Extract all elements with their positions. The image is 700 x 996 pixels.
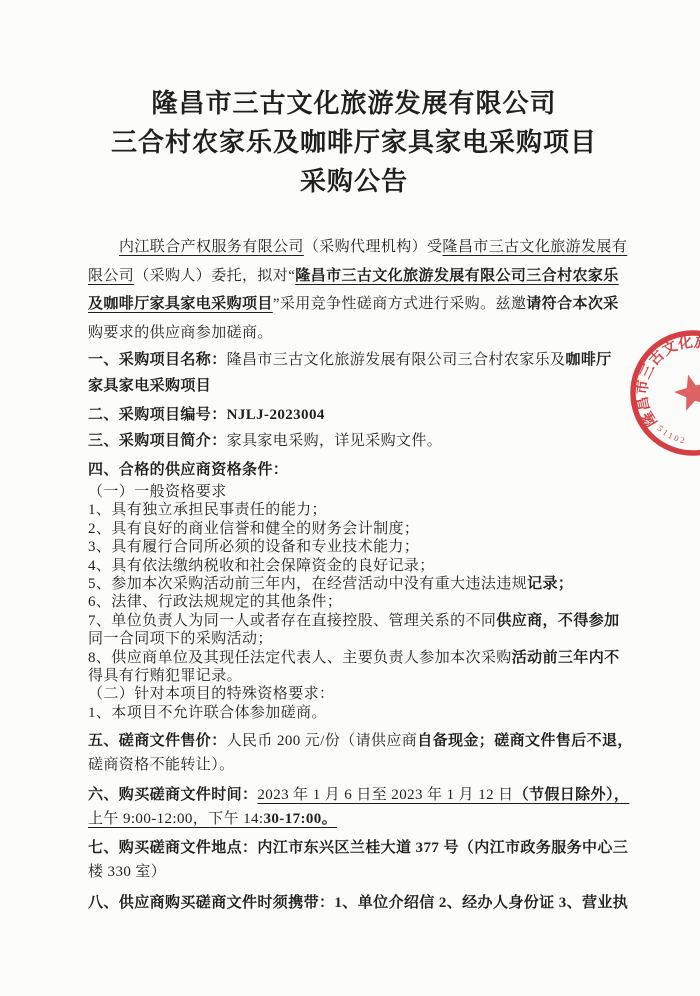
text-segment: 一、采购项目名称： [88,352,227,368]
text-segment: 七、购买磋商文件地点： [88,840,257,856]
text-line: 1、本项目不允许联合体参加磋商。 [88,704,620,722]
text-line: 得具有行贿犯罪记录。 [88,667,620,685]
text-line: 采购公告 [88,162,620,201]
text-line: 家具家电采购项目 [88,373,620,399]
text-segment: 四、合格的供应商资格条件： [88,462,288,478]
text-line: 4、具有依法缴纳税收和社会保障资金的良好记录； [88,557,620,575]
text-segment: 7、单位负责人为同一人或者存在直接控股、管理关系的不同 [88,613,496,629]
section-project-brief: 三、采购项目简介：家具家电采购，详见采购文件。 [88,428,620,454]
text-line: 五、磋商文件售价：人民币 200 元/份（请供应商自备现金；磋商文件售后不退， [88,729,620,753]
text-segment: 内江联合产权服务有限公司 [119,239,304,255]
section-project-number: 二、采购项目编号：NJLJ-2023004 [88,402,620,428]
text-segment: 4、具有依法缴纳税收和社会保障资金的良好记录； [88,558,435,574]
text-segment: 家具家电采购项目 [88,378,211,394]
text-line: 限公司（采购人）委托，拟对“隆昌市三古文化旅游发展有限公司三合村农家乐 [88,262,620,291]
text-line: 3、具有履行合同所必须的设备和专业技术能力； [88,538,620,556]
text-segment: 供应商，不得参加 [496,613,619,629]
text-segment: 六、购买磋商文件时间： [88,787,257,803]
text-line: 2、具有良好的商业信誉和健全的财务会计制度； [88,520,620,538]
text-segment: 8、供应商单位及其现任法定代表人、主要负责人参加本次采购 [88,650,512,666]
text-segment: 1、单位介绍信 2、经办人身份证 3、营业执 [334,895,628,911]
text-segment: 及咖啡厅家具家电采购项目 [88,296,273,312]
text-segment: 八、供应商购买磋商文件时须携带： [88,895,334,911]
text-line: 四、合格的供应商资格条件： [88,457,620,483]
text-segment: 自备现金；磋商文件售后不退， [417,733,633,749]
text-segment: 限公司 [88,268,134,284]
document-body: 隆昌市三古文化旅游发展有限公司三合村农家乐及咖啡厅家具家电采购项目采购公告内江联… [88,84,620,915]
text-segment: （采购人）委托，拟对“ [134,268,295,284]
text-line: 三合村农家乐及咖啡厅家具家电采购项目 [88,123,620,162]
text-segment: （采购代理机构）受 [304,239,443,255]
text-line: 一、采购项目名称：隆昌市三古文化旅游发展有限公司三合村农家乐及咖啡厅 [88,347,620,373]
text-line: 七、购买磋商文件地点：内江市东兴区兰桂大道 377 号（内江市政务服务中心三 [88,836,620,860]
section-qualification-heading: 四、合格的供应商资格条件： [88,457,620,483]
text-line: 三、采购项目简介：家具家电采购，详见采购文件。 [88,428,620,454]
text-segment: 活动前三年内不 [512,650,620,666]
company-seal-stamp: 隆昌市三古文化旅游发展有限公司 51102 [608,308,700,478]
text-line: （一）一般资格要求 [88,483,620,501]
text-line: （二）针对本项目的特殊资格要求： [88,685,620,703]
text-line: 6、法律、行政法规规定的其他条件； [88,593,620,611]
section-project-name: 一、采购项目名称：隆昌市三古文化旅游发展有限公司三合村农家乐及咖啡厅家具家电采购… [88,347,620,399]
text-segment: 1、本项目不允许联合体参加磋商。 [88,705,327,721]
text-segment: （二）针对本项目的特殊资格要求： [88,686,334,702]
text-line: 8、供应商单位及其现任法定代表人、主要负责人参加本次采购活动前三年内不 [88,649,620,667]
text-segment: 内江市东兴区兰桂大道 377 号（内江市政务服务中心三 [257,840,628,856]
section-purchase-location: 七、购买磋商文件地点：内江市东兴区兰桂大道 377 号（内江市政务服务中心三楼 … [88,836,620,884]
seal-star [671,370,700,413]
text-line: 5、参加本次采购活动前三年内，在经营活动中没有重大违法违规记录； [88,575,620,593]
text-segment: （一）一般资格要求 [88,484,227,500]
text-segment: 隆昌市三古文化旅游发展有 [442,239,627,255]
text-line: 同一合同项下的采购活动； [88,630,620,648]
text-segment: 上午 9:00-12:00，下午 14: [88,811,264,827]
text-segment: NJLJ-2023004 [227,407,325,423]
text-segment: 同一合同项下的采购活动； [88,631,273,647]
text-segment: 家具家电采购，详见采购文件。 [227,433,443,449]
text-segment: 隆昌市三古文化旅游发展有限公司三合村农家乐及 [227,352,566,368]
text-segment: 5、参加本次采购活动前三年内，在经营活动中没有重大违法违规 [88,576,527,592]
text-segment: 三、采购项目简介： [88,433,227,449]
text-segment: 2、具有良好的商业信誉和健全的财务会计制度； [88,521,419,537]
text-line: 上午 9:00-12:00，下午 14:30-17:00。 [88,807,620,831]
qualification-list: （一）一般资格要求1、具有独立承担民事责任的能力；2、具有良好的商业信誉和健全的… [88,483,620,722]
text-segment: （节假日除外）， [514,787,630,803]
text-line: 1、具有独立承担民事责任的能力； [88,501,620,519]
text-line: 二、采购项目编号：NJLJ-2023004 [88,402,620,428]
text-segment: 得具有行贿犯罪记录。 [88,668,242,684]
text-segment: 隆昌市三古文化旅游发展有限公司三合村农家乐 [295,268,618,284]
text-segment: 1、具有独立承担民事责任的能力； [88,502,327,518]
intro-paragraph: 内江联合产权服务有限公司（采购代理机构）受隆昌市三古文化旅游发展有限公司（采购人… [88,233,620,347]
text-segment: ”采用竞争性磋商方式进行采购。兹邀 [273,296,526,312]
text-segment: 磋商资格不能转让）。 [88,757,235,773]
text-segment: 30-17:00。 [264,811,338,827]
text-segment: 二、采购项目编号： [88,407,227,423]
text-segment: 隆昌市三古文化旅游发展有限公司 [151,89,556,118]
text-line: 八、供应商购买磋商文件时须携带：1、单位介绍信 2、经办人身份证 3、营业执 [88,891,620,915]
section-document-price: 五、磋商文件售价：人民币 200 元/份（请供应商自备现金；磋商文件售后不退，磋… [88,729,620,777]
text-segment: 人民币 200 元/份（请供应商 [227,733,418,749]
text-segment: 三合村农家乐及咖啡厅家具家电采购项目 [111,128,597,157]
text-segment: 购要求的供应商参加磋商。 [88,325,273,341]
text-line: 楼 330 室） [88,860,620,884]
text-line: 磋商资格不能转让）。 [88,753,620,777]
text-line: 内江联合产权服务有限公司（采购代理机构）受隆昌市三古文化旅游发展有 [88,233,620,262]
text-line: 六、购买磋商文件时间：2023 年 1 月 6 日至 2023 年 1 月 12… [88,783,620,807]
text-segment: 五、磋商文件售价： [88,733,227,749]
scanned-document-page: 隆昌市三古文化旅游发展有限公司三合村农家乐及咖啡厅家具家电采购项目采购公告内江联… [0,0,700,996]
text-segment: 记录； [527,576,573,592]
text-segment: 请符合本次采 [526,296,618,312]
text-segment: 采购公告 [300,167,408,196]
announcement-title: 隆昌市三古文化旅游发展有限公司三合村农家乐及咖啡厅家具家电采购项目采购公告 [88,84,620,201]
text-segment: 2023 年 1 月 6 日至 2023 年 1 月 12 日 [257,787,513,803]
text-segment: 咖啡厅 [565,352,611,368]
text-line: 及咖啡厅家具家电采购项目”采用竞争性磋商方式进行采购。兹邀请符合本次采 [88,290,620,319]
text-line: 隆昌市三古文化旅游发展有限公司 [88,84,620,123]
text-segment: 3、具有履行合同所必须的设备和专业技术能力； [88,539,419,555]
text-segment: 6、法律、行政法规规定的其他条件； [88,594,342,610]
text-line: 购要求的供应商参加磋商。 [88,319,620,348]
text-segment: 楼 330 室） [88,864,166,880]
section-required-documents: 八、供应商购买磋商文件时须携带：1、单位介绍信 2、经办人身份证 3、营业执 [88,891,620,915]
text-line: 7、单位负责人为同一人或者存在直接控股、管理关系的不同供应商，不得参加 [88,612,620,630]
section-purchase-time: 六、购买磋商文件时间：2023 年 1 月 6 日至 2023 年 1 月 12… [88,783,620,831]
